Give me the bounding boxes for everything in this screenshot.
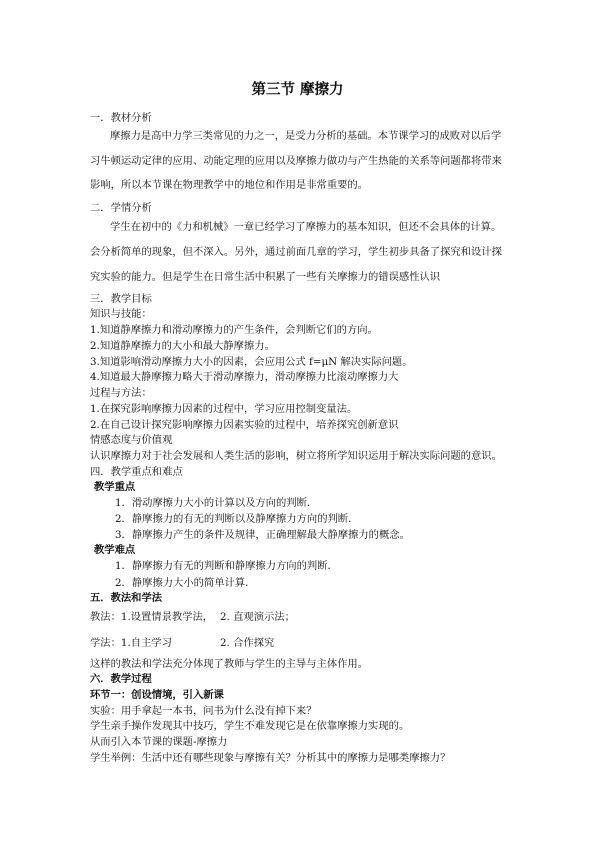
subheading-attitude-values: 情感态度与价值观 — [90, 433, 172, 447]
goal-item: 4.知道最大静摩擦力略大于滑动摩擦力，滑动摩擦力比滚动摩擦力大 — [90, 370, 398, 384]
key-point-item: 1．滑动摩擦力大小的计算以及方向的判断． — [115, 496, 317, 510]
step1-heading: 环节一：创设情境，引入新课 — [90, 688, 224, 702]
paragraph-line: 学生在初中的《力和机械》一章已经学习了摩擦力的基本知识，但还不会具体的计算。 — [110, 220, 501, 234]
learning-method-2: 2. 合作探究 — [220, 636, 274, 650]
difficult-point-item: 1．静摩擦力有无的判断和静摩擦力方向的判断． — [115, 559, 338, 573]
subheading-difficult-points: 教学难点 — [94, 543, 135, 557]
section-heading-methods: 五．教法和学法 — [90, 591, 162, 605]
section-heading-textbook-analysis: 一．教材分析 — [90, 111, 152, 125]
teaching-method-row: 教法：1.设置情景教学法， — [90, 610, 213, 624]
paragraph-line: 究实验的能力。但是学生在日常生活中积累了一些有关摩擦力的错误感性认识 — [90, 270, 440, 284]
methods-summary: 这样的教法和学法充分体现了教师与学生的主导与主体作用。 — [90, 657, 368, 671]
goal-item: 2.在自己设计探究影响摩擦力因素实验的过程中，培养探究创新意识 — [90, 418, 398, 432]
process-line: 学生举例：生活中还有哪些现象与摩擦有关？分析其中的摩擦力是哪类摩擦力？ — [90, 751, 450, 765]
teaching-method-2: 2. 直观演示法； — [220, 610, 295, 624]
goal-item: 1.在探究影响摩擦力因素的过程中，学习应用控制变量法。 — [90, 402, 357, 416]
paragraph-line: 会分析简单的现象，但不深入。另外，通过前面几章的学习，学生初步具备了探究和设计探 — [90, 245, 502, 259]
goal-item: 1.知道静摩擦力和滑动摩擦力的产生条件，会判断它们的方向。 — [90, 323, 378, 337]
subheading-knowledge-skills: 知识与技能： — [90, 307, 152, 321]
document-page: 第三节 摩擦力 一．教材分析 摩擦力是高中力学三类常见的力之一，是受力分析的基础… — [0, 0, 595, 842]
section-heading-key-difficult-points: 四．教学重点和难点 — [90, 465, 183, 479]
process-line: 学生亲手操作发现其中技巧，学生不难发现它是在依靠摩擦力实现的。 — [90, 719, 409, 733]
section-heading-teaching-process: 六．教学过程 — [90, 672, 152, 686]
paragraph-line: 习牛顿运动定律的应用、动能定理的应用以及摩擦力做功与产生热能的关系等问题都将带来 — [90, 154, 502, 168]
section-heading-teaching-goals: 三．教学目标 — [90, 292, 152, 306]
subheading-key-points: 教学重点 — [94, 480, 135, 494]
learning-method-label: 学法： — [90, 637, 121, 649]
paragraph-line: 影响，所以本节课在物理教学中的地位和作用是非常重要的。 — [90, 178, 368, 192]
teaching-method-1: 1.设置情景教学法， — [121, 611, 213, 623]
key-point-item: 2．静摩擦力的有无的判断以及静摩擦力方向的判断． — [115, 512, 358, 526]
key-point-item: 3．静摩擦力产生的条件及规律，正确理解最大静摩擦力的概念。 — [115, 528, 410, 542]
learning-method-row: 学法：1.自主学习 — [90, 636, 172, 650]
goal-item: 3.知道影响滑动摩擦力大小的因素，会应用公式 f=μN 解决实际问题。 — [90, 355, 413, 369]
subheading-process-methods: 过程与方法： — [90, 386, 152, 400]
section-heading-student-analysis: 二．学情分析 — [90, 201, 152, 215]
goal-item: 认识摩擦力对于社会发展和人类生活的影响，树立将所学知识运用于解决实际问题的意识。 — [90, 449, 502, 463]
learning-method-1: 1.自主学习 — [121, 637, 172, 649]
teaching-method-label: 教法： — [90, 611, 121, 623]
process-line: 实验：用手拿起一本书，问书为什么没有掉下来？ — [90, 704, 317, 718]
page-title: 第三节 摩擦力 — [0, 78, 595, 99]
difficult-point-item: 2．静摩擦力大小的简单计算． — [115, 576, 255, 590]
goal-item: 2.知道静摩擦力的大小和最大静摩擦力。 — [90, 339, 275, 353]
process-line: 从而引入本节课的课题-摩擦力 — [90, 735, 227, 749]
paragraph-line: 摩擦力是高中力学三类常见的力之一，是受力分析的基础。本节课学习的成败对以后学 — [110, 129, 501, 143]
